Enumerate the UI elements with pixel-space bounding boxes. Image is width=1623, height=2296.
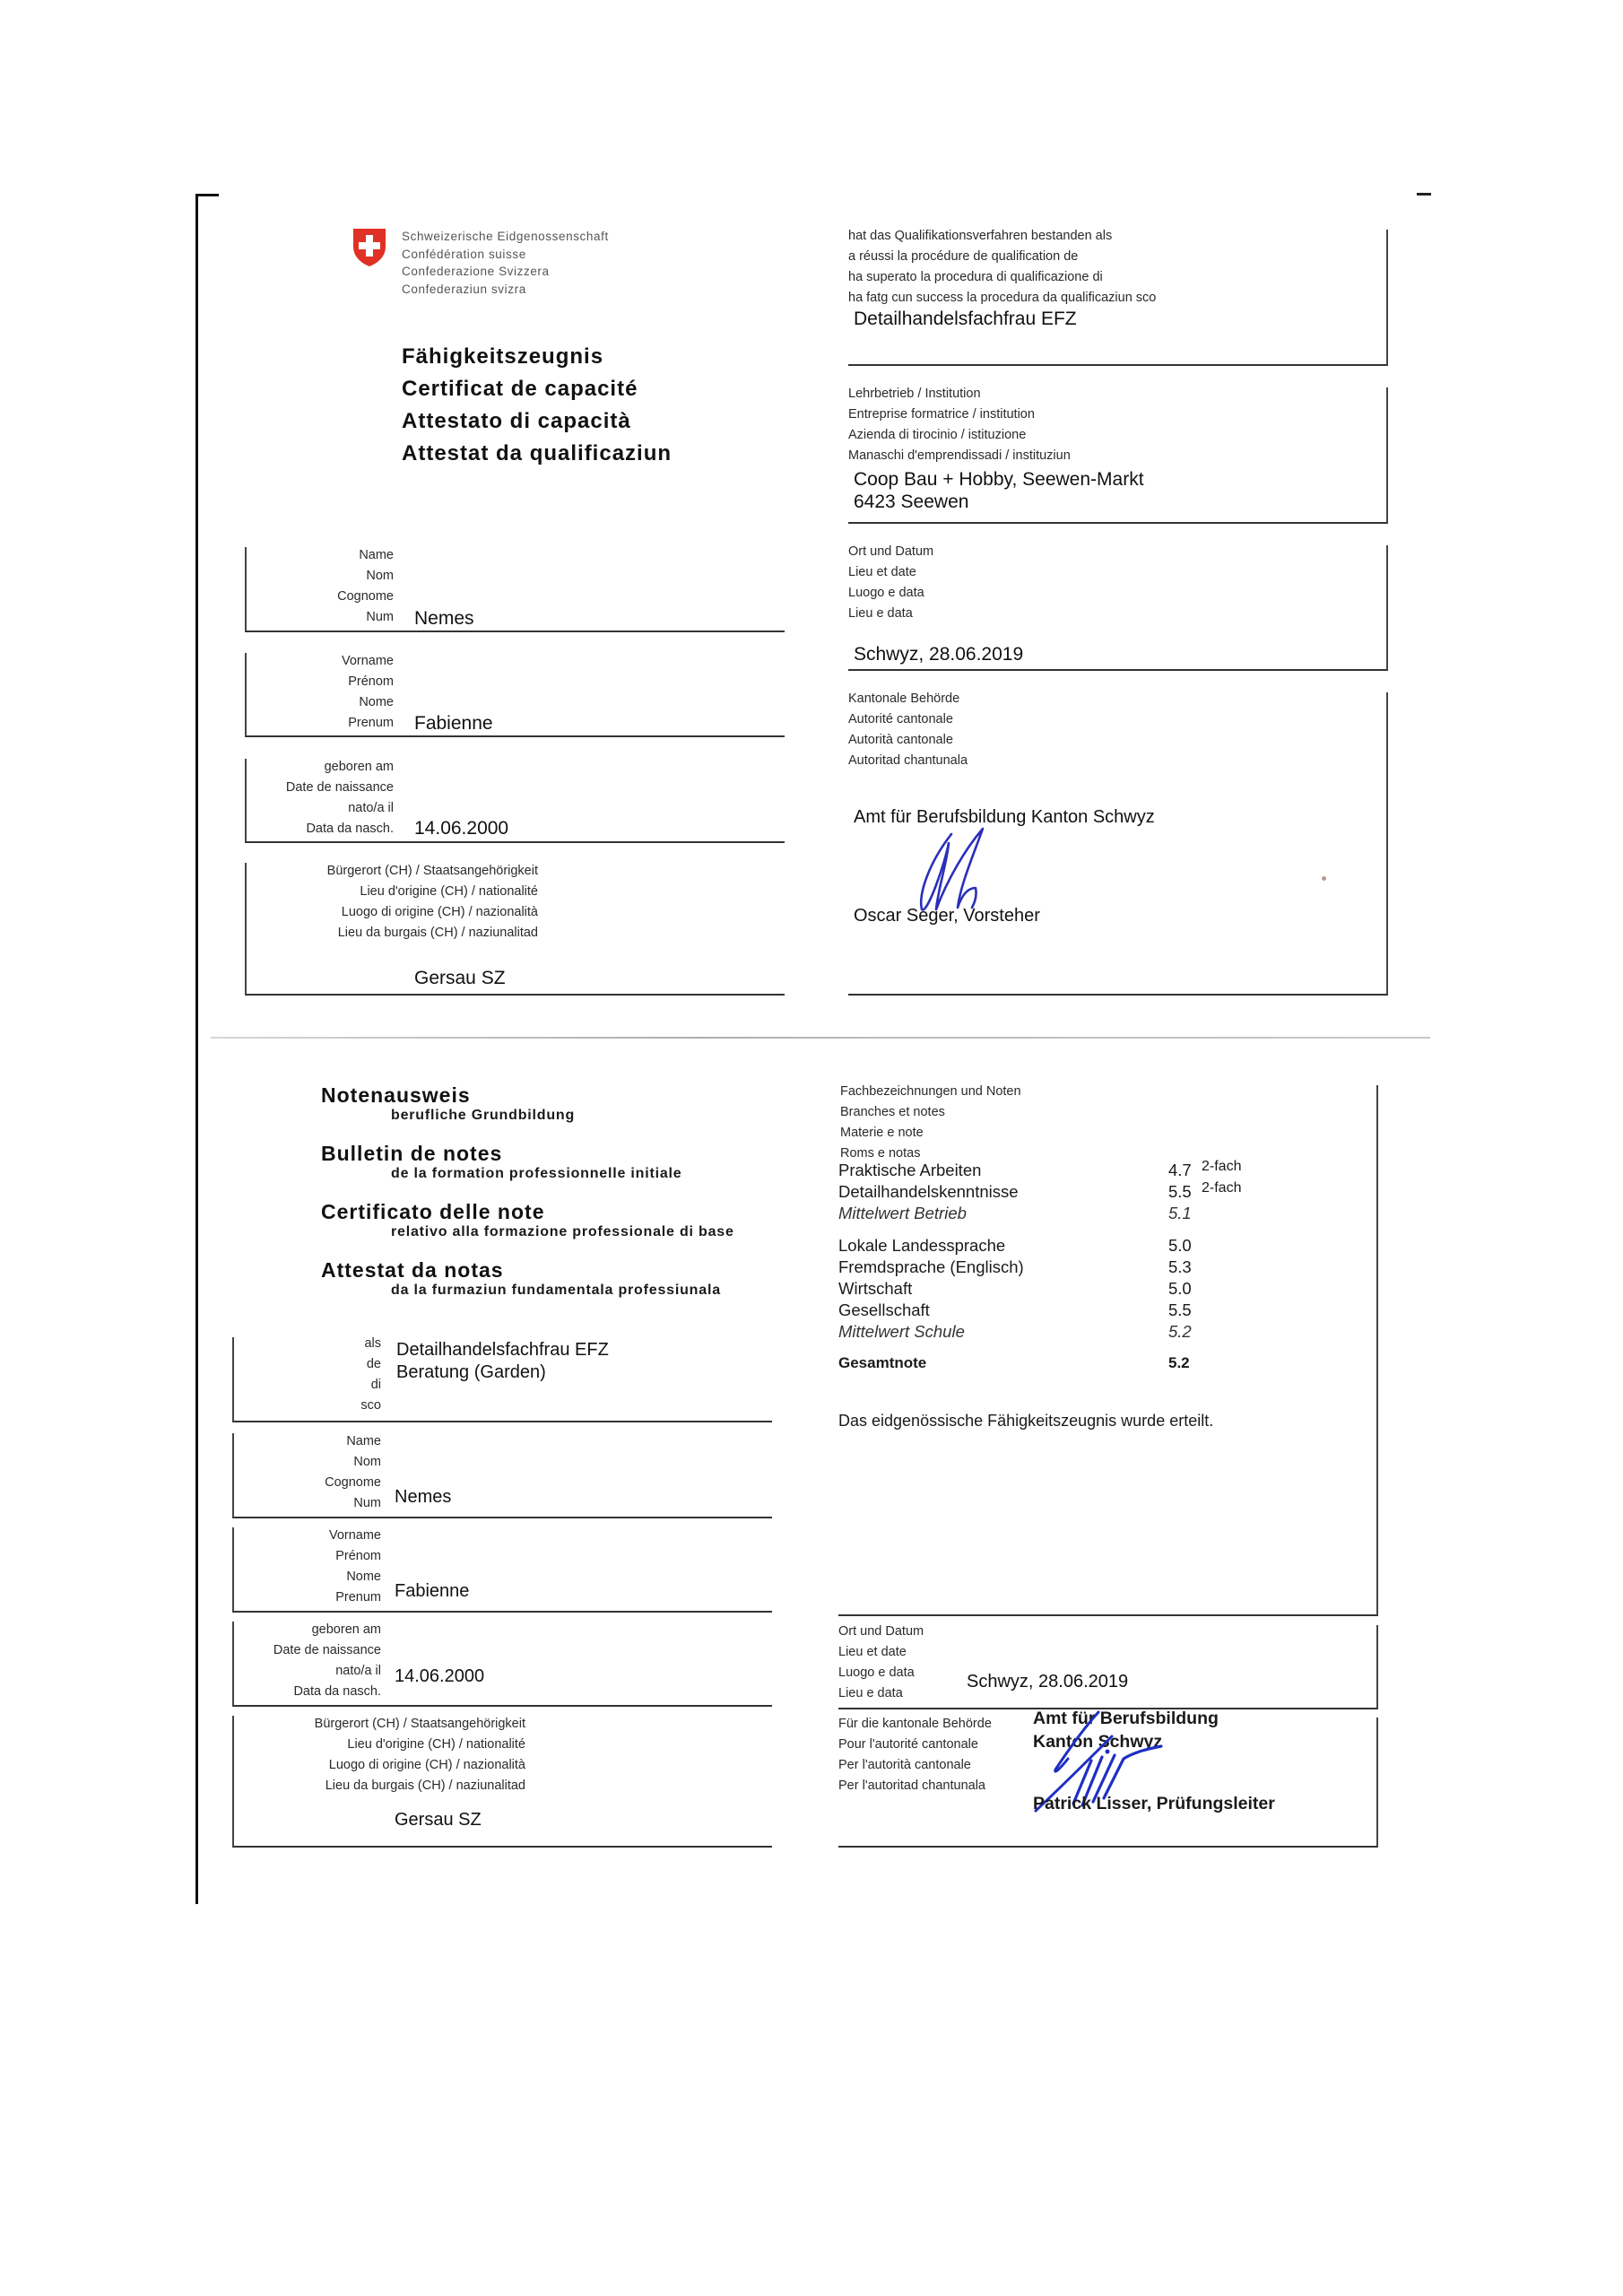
grade-row: Lokale Landessprache5.0 — [838, 1236, 1305, 1257]
grade-value: 5.1 — [1168, 1204, 1192, 1223]
grade-subject: Mittelwert Betrieb — [838, 1204, 967, 1222]
page-corner-mark — [195, 194, 219, 196]
birthdate-value: 14.06.2000 — [414, 818, 508, 839]
certificate-title-block: Fähigkeitszeugnis Certificat de capacité… — [402, 341, 672, 470]
profession-field: als de di sco Detailhandelsfachfrau EFZ … — [232, 1337, 772, 1422]
transcript-place-date-value: Schwyz, 28.06.2019 — [967, 1672, 1128, 1692]
transcript-surname-field: Name Nom Cognome Num Nemes — [232, 1433, 772, 1518]
qualification-field: hat das Qualifikationsverfahren bestande… — [848, 230, 1388, 366]
authority-field: Kantonale Behörde Autorité cantonale Aut… — [848, 692, 1388, 996]
origin-value: Gersau SZ — [414, 968, 506, 989]
swiss-confederation-logo — [352, 227, 387, 273]
grade-value: 5.2 — [1168, 1354, 1190, 1372]
grade-subject: Lokale Landessprache — [838, 1236, 1005, 1255]
grade-row: Detailhandelskenntnisse5.52-fach — [838, 1182, 1305, 1204]
grade-value: 5.5 — [1168, 1300, 1192, 1320]
grade-row: Mittelwert Schule5.2 — [838, 1322, 1305, 1344]
signature-icon — [911, 827, 1019, 917]
transcript-place-date-field: Ort und Datum Lieu et date Luogo e data … — [838, 1625, 1378, 1709]
grade-row: Gesamtnote5.2 — [838, 1354, 1305, 1376]
grade-subject: Mittelwert Schule — [838, 1322, 965, 1341]
firstname-value: Fabienne — [414, 713, 493, 735]
place-date-value: Schwyz, 28.06.2019 — [854, 644, 1023, 665]
institution-value: Coop Bau + Hobby, Seewen-Markt 6423 Seew… — [854, 468, 1144, 513]
authority-signatory: Oscar Seger, Vorsteher — [854, 906, 1040, 926]
grades-header: Fachbezeichnungen und Noten Branches et … — [840, 1082, 1021, 1164]
grade-weight: 2-fach — [1202, 1180, 1241, 1196]
issued-statement: Das eidgenössische Fähigkeitszeugnis wur… — [838, 1412, 1213, 1431]
transcript-title-block: Notenausweis berufliche Grundbildung Bul… — [321, 1083, 823, 1317]
transcript-title-de: Notenausweis — [321, 1083, 823, 1108]
grade-value: 5.3 — [1168, 1257, 1192, 1277]
grade-weight: 2-fach — [1202, 1159, 1241, 1175]
grades-table: Praktische Arbeiten4.72-fachDetailhandel… — [838, 1161, 1341, 1573]
certificate-title-it: Attestato di capacità — [402, 405, 672, 438]
transcript-surname-value: Nemes — [395, 1487, 451, 1508]
birthdate-field: geboren am Date de naissance nato/a il D… — [245, 759, 785, 843]
grade-subject: Wirtschaft — [838, 1279, 912, 1298]
grades-panel: Fachbezeichnungen und Noten Branches et … — [838, 1085, 1378, 1616]
surname-value: Nemes — [414, 608, 474, 630]
origin-field: Bürgerort (CH) / Staatsangehörigkeit Lie… — [245, 863, 785, 996]
certificate-title-fr: Certificat de capacité — [402, 373, 672, 405]
grade-value: 5.5 — [1168, 1182, 1192, 1202]
transcript-title-fr: Bulletin de notes — [321, 1142, 823, 1166]
grade-subject: Detailhandelskenntnisse — [838, 1182, 1019, 1201]
grade-subject: Praktische Arbeiten — [838, 1161, 981, 1179]
confederation-name: Schweizerische Eidgenossenschaft Confédé… — [402, 228, 609, 298]
grade-row: Mittelwert Betrieb5.1 — [838, 1204, 1305, 1225]
transcript-title-it: Certificato delle note — [321, 1200, 823, 1224]
grade-row: Fremdsprache (Englisch)5.3 — [838, 1257, 1305, 1279]
page-corner-mark — [1417, 193, 1431, 196]
qualification-value: Detailhandelsfachfrau EFZ — [854, 309, 1077, 330]
transcript-origin-value: Gersau SZ — [395, 1810, 482, 1831]
transcript-birthdate-value: 14.06.2000 — [395, 1666, 484, 1687]
profession-value: Detailhandelsfachfrau EFZ Beratung (Gard… — [396, 1339, 609, 1384]
fold-line — [211, 1037, 1430, 1039]
transcript-firstname-field: Vorname Prénom Nome Prenum Fabienne — [232, 1527, 772, 1613]
place-date-field: Ort und Datum Lieu et date Luogo e data … — [848, 545, 1388, 671]
certificate-title-de: Fähigkeitszeugnis — [402, 341, 672, 373]
grade-row: Gesellschaft5.5 — [838, 1300, 1305, 1322]
page-border — [195, 194, 198, 1904]
grade-value: 4.7 — [1168, 1161, 1192, 1180]
grade-subject: Fremdsprache (Englisch) — [838, 1257, 1024, 1276]
certificate-title-rm: Attestat da qualificaziun — [402, 438, 672, 470]
transcript-authority-field: Für die kantonale Behörde Pour l'autorit… — [838, 1718, 1378, 1848]
grade-row: Wirtschaft5.0 — [838, 1279, 1305, 1300]
grade-value: 5.0 — [1168, 1279, 1192, 1299]
grade-subject: Gesellschaft — [838, 1300, 930, 1319]
transcript-origin-field: Bürgerort (CH) / Staatsangehörigkeit Lie… — [232, 1716, 772, 1848]
transcript-authority-signatory: Patrick Lisser, Prüfungsleiter — [1033, 1794, 1275, 1814]
grade-value: 5.0 — [1168, 1236, 1192, 1256]
institution-field: Lehrbetrieb / Institution Entreprise for… — [848, 387, 1388, 524]
authority-office: Amt für Berufsbildung Kanton Schwyz — [854, 807, 1155, 828]
grade-subject: Gesamtnote — [838, 1354, 926, 1371]
firstname-field: Vorname Prénom Nome Prenum Fabienne — [245, 653, 785, 737]
transcript-firstname-value: Fabienne — [395, 1581, 469, 1602]
grade-row: Praktische Arbeiten4.72-fach — [838, 1161, 1305, 1182]
transcript-birthdate-field: geboren am Date de naissance nato/a il D… — [232, 1622, 772, 1707]
transcript-title-rm: Attestat da notas — [321, 1258, 823, 1283]
swiss-cross-shield-icon — [352, 227, 387, 268]
scan-speck — [1322, 876, 1326, 881]
grade-value: 5.2 — [1168, 1322, 1192, 1342]
surname-field: Name Nom Cognome Num Nemes — [245, 547, 785, 632]
